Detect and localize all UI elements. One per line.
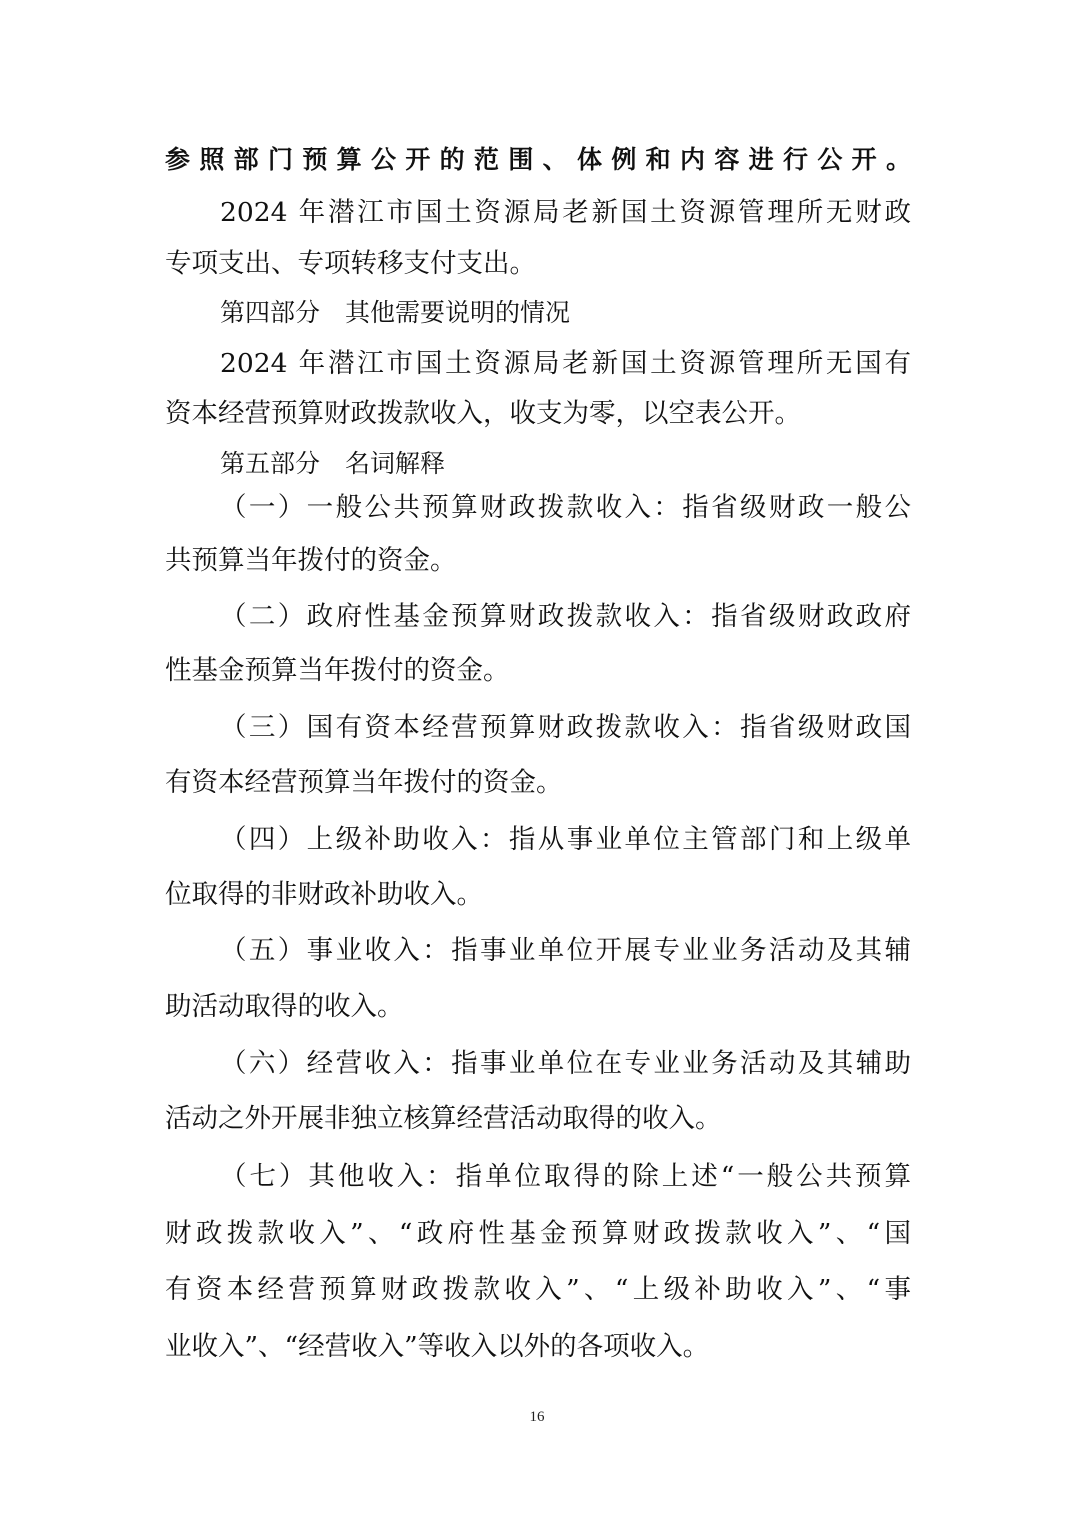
paragraph-line: 2024 年潜江市国土资源局老新国土资源管理所无国有 (220, 346, 911, 382)
paragraph-line: 参照部门预算公开的范围、体例和内容进行公开。 (165, 142, 911, 178)
definition-line: （二）政府性基金预算财政拨款收入：指省级财政政府 (220, 599, 911, 635)
definition-line: （五）事业收入：指事业单位开展专业业务活动及其辅 (220, 933, 911, 969)
definition-line: （四）上级补助收入：指从事业单位主管部门和上级单 (220, 822, 911, 858)
section-heading: 第五部分 名词解释 (220, 446, 911, 482)
definition-line: 业收入”、“经营收入”等收入以外的各项收入。 (165, 1329, 911, 1365)
definition-line: （六）经营收入：指事业单位在专业业务活动及其辅助 (220, 1046, 911, 1082)
section-heading: 第四部分 其他需要说明的情况 (220, 295, 911, 331)
document-page: 参照部门预算公开的范围、体例和内容进行公开。 2024 年潜江市国土资源局老新国… (0, 0, 1074, 1520)
definition-line: （三）国有资本经营预算财政拨款收入：指省级财政国 (220, 710, 911, 746)
definition-line: 助活动取得的收入。 (165, 989, 911, 1025)
definition-line: 活动之外开展非独立核算经营活动取得的收入。 (165, 1101, 911, 1137)
definition-line: 财政拨款收入”、“政府性基金预算财政拨款收入”、“国 (165, 1216, 911, 1252)
definition-line: （一）一般公共预算财政拨款收入：指省级财政一般公 (220, 490, 911, 526)
paragraph-line: 资本经营预算财政拨款收入，收支为零，以空表公开。 (165, 396, 911, 432)
definition-line: 有资本经营预算财政拨款收入”、“上级补助收入”、“事 (165, 1272, 911, 1308)
page-number: 16 (517, 1409, 557, 1426)
definition-line: 有资本经营预算当年拨付的资金。 (165, 765, 911, 801)
paragraph-line: 专项支出、专项转移支付支出。 (165, 246, 911, 282)
paragraph-line: 2024 年潜江市国土资源局老新国土资源管理所无财政 (220, 195, 911, 231)
definition-line: 位取得的非财政补助收入。 (165, 877, 911, 913)
definition-line: （七）其他收入：指单位取得的除上述“一般公共预算 (220, 1159, 911, 1195)
definition-line: 性基金预算当年拨付的资金。 (165, 653, 911, 689)
definition-line: 共预算当年拨付的资金。 (165, 543, 911, 579)
